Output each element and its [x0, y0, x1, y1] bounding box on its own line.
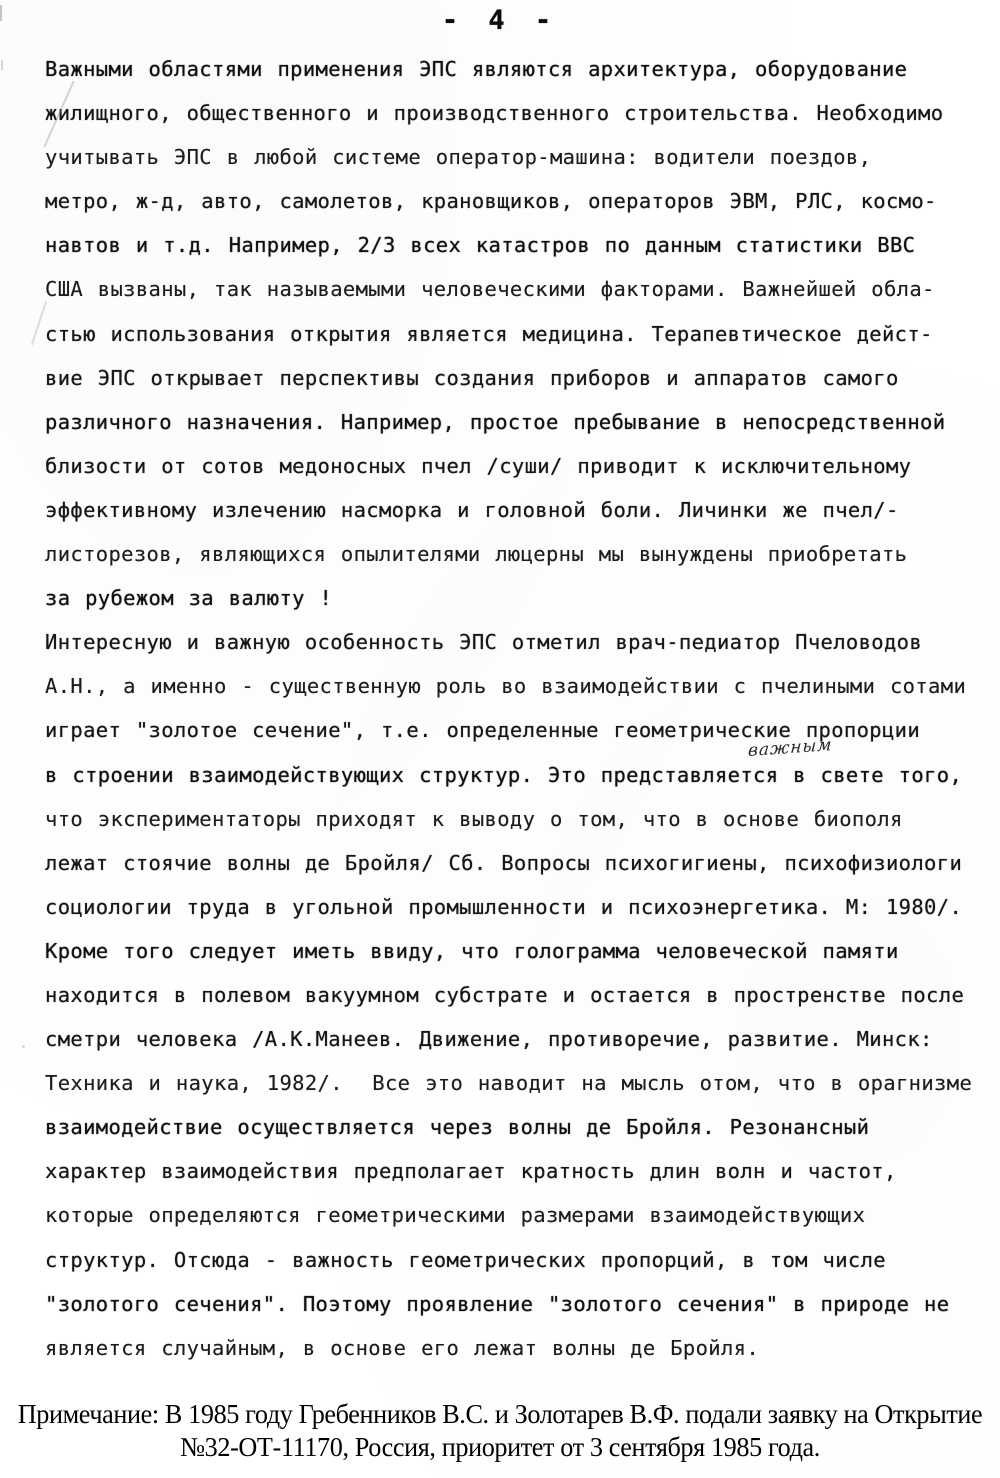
text-line: "золотого сечения". Поэтому проявление "…	[45, 1282, 975, 1326]
text-line: Важными областями применения ЭПС являютс…	[45, 47, 975, 91]
publisher-note-line-2: №32-ОТ-11170, Россия, приоритет от 3 сен…	[15, 1431, 985, 1464]
scan-artifact	[1, 60, 3, 70]
page-number: - 4 -	[0, 5, 1000, 36]
text-line: метро, ж-д, авто, самолетов, крановщиков…	[45, 179, 975, 223]
text-line: лежат стоячие волны де Бройля/ Сб. Вопро…	[45, 841, 975, 885]
scanned-document-page: - 4 - Важными областями применения ЭПС я…	[0, 0, 1000, 1478]
text-line: листорезов, являющихся опылителями люцер…	[45, 532, 975, 576]
text-line: стью использования открытия является мед…	[45, 312, 975, 356]
text-line: вие ЭПС открывает перспективы создания п…	[45, 356, 975, 400]
text-line: США вызваны, так называемыми человечески…	[45, 267, 975, 311]
text-line: является случайным, в основе его лежат в…	[45, 1326, 975, 1370]
text-line: эффективному излечению насморка и головн…	[45, 488, 975, 532]
text-line: что экспериментаторы приходят к выводу о…	[45, 797, 975, 841]
text-line: в строении взаимодействующих структур. Э…	[45, 753, 975, 797]
text-line: навтов и т.д. Например, 2/3 всех катастр…	[45, 223, 975, 267]
text-line: Кроме того следует иметь ввиду, что голо…	[45, 929, 975, 973]
text-line: учитывать ЭПС в любой системе оператор-м…	[45, 135, 975, 179]
text-line: А.Н., а именно - существенную роль во вз…	[45, 664, 975, 708]
text-line: которые определяются геометрическими раз…	[45, 1193, 975, 1237]
text-line: взаимодействие осуществляется через волн…	[45, 1105, 975, 1149]
text-line: Интересную и важную особенность ЭПС отме…	[45, 620, 975, 664]
text-line: структур. Отсюда - важность геометрическ…	[45, 1238, 975, 1282]
text-line: находится в полевом вакуумном субстрате …	[45, 973, 975, 1017]
text-line: за рубежом за валюту !	[45, 576, 975, 620]
text-line: сметри человека /А.К.Манеев. Движение, п…	[45, 1017, 975, 1061]
text-line: жилищного, общественного и производствен…	[45, 91, 975, 135]
text-line: различного назначения. Например, простое…	[45, 400, 975, 444]
text-line: характер взаимодействия предполагает кра…	[45, 1149, 975, 1193]
text-line: играет "золотое сечение", т.е. определен…	[45, 708, 975, 752]
publisher-note: Примечание: В 1985 году Гребенников В.С.…	[0, 1398, 1000, 1464]
scan-artifact	[22, 1045, 25, 1048]
document-body: Важными областями применения ЭПС являютс…	[45, 47, 975, 1370]
text-line: близости от сотов медоносных пчел /суши/…	[45, 444, 975, 488]
publisher-note-line-1: Примечание: В 1985 году Гребенников В.С.…	[15, 1398, 985, 1431]
text-line: социологии труда в угольной промышленнос…	[45, 885, 975, 929]
text-line: Техника и наука, 1982/. Все это наводит …	[45, 1061, 975, 1105]
